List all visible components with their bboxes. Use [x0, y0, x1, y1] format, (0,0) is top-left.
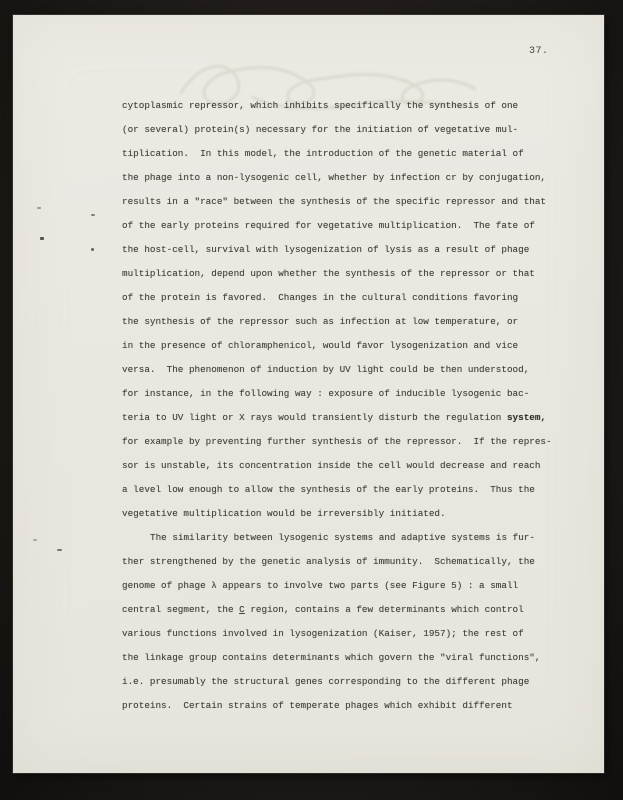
text-line: teria to UV light or X rays would transi… — [122, 406, 567, 430]
ink-speck — [40, 237, 44, 240]
text-line: proteins. Certain strains of temperate p… — [122, 694, 567, 718]
ink-speck — [91, 248, 94, 251]
text-line: The similarity between lysogenic systems… — [122, 526, 567, 550]
text-line: cytoplasmic repressor, which inhibits sp… — [122, 94, 567, 118]
text-line: various functions involved in lysogeniza… — [122, 622, 567, 646]
text-line: i.e. presumably the structural genes cor… — [122, 670, 567, 694]
text-line: of the early proteins required for veget… — [122, 214, 567, 238]
text-line: central segment, the C region, contains … — [122, 598, 567, 622]
ink-speck — [37, 207, 41, 209]
text-line: the synthesis of the repressor such as i… — [122, 310, 567, 334]
text-line: in the presence of chloramphenicol, woul… — [122, 334, 567, 358]
text-line: genome of phage λ appears to involve two… — [122, 574, 567, 598]
text-line: the phage into a non-lysogenic cell, whe… — [122, 166, 567, 190]
text-line: (or several) protein(s) necessary for th… — [122, 118, 567, 142]
scanned-page: 37. cytoplasmic repressor, which inhibit… — [13, 15, 604, 773]
text-line: the host-cell, survival with lysogenizat… — [122, 238, 567, 262]
text-line: ther strengthened by the genetic analysi… — [122, 550, 567, 574]
text-line: versa. The phenomenon of induction by UV… — [122, 358, 567, 382]
text-line: of the protein is favored. Changes in th… — [122, 286, 567, 310]
ink-speck — [33, 539, 37, 541]
text-line: a level low enough to allow the synthesi… — [122, 478, 567, 502]
text-line: multiplication, depend upon whether the … — [122, 262, 567, 286]
ink-speck — [91, 214, 95, 216]
text-block: cytoplasmic repressor, which inhibits sp… — [122, 94, 567, 718]
text-line: sor is unstable, its concentration insid… — [122, 454, 567, 478]
text-line: vegetative multiplication would be irrev… — [122, 502, 567, 526]
text-line: the linkage group contains determinants … — [122, 646, 567, 670]
page-number: 37. — [529, 46, 549, 57]
text-line: for example by preventing further synthe… — [122, 430, 567, 454]
ink-speck — [57, 549, 62, 551]
text-line: tiplication. In this model, the introduc… — [122, 142, 567, 166]
text-line: results in a "race" between the synthesi… — [122, 190, 567, 214]
text-line: for instance, in the following way : exp… — [122, 382, 567, 406]
